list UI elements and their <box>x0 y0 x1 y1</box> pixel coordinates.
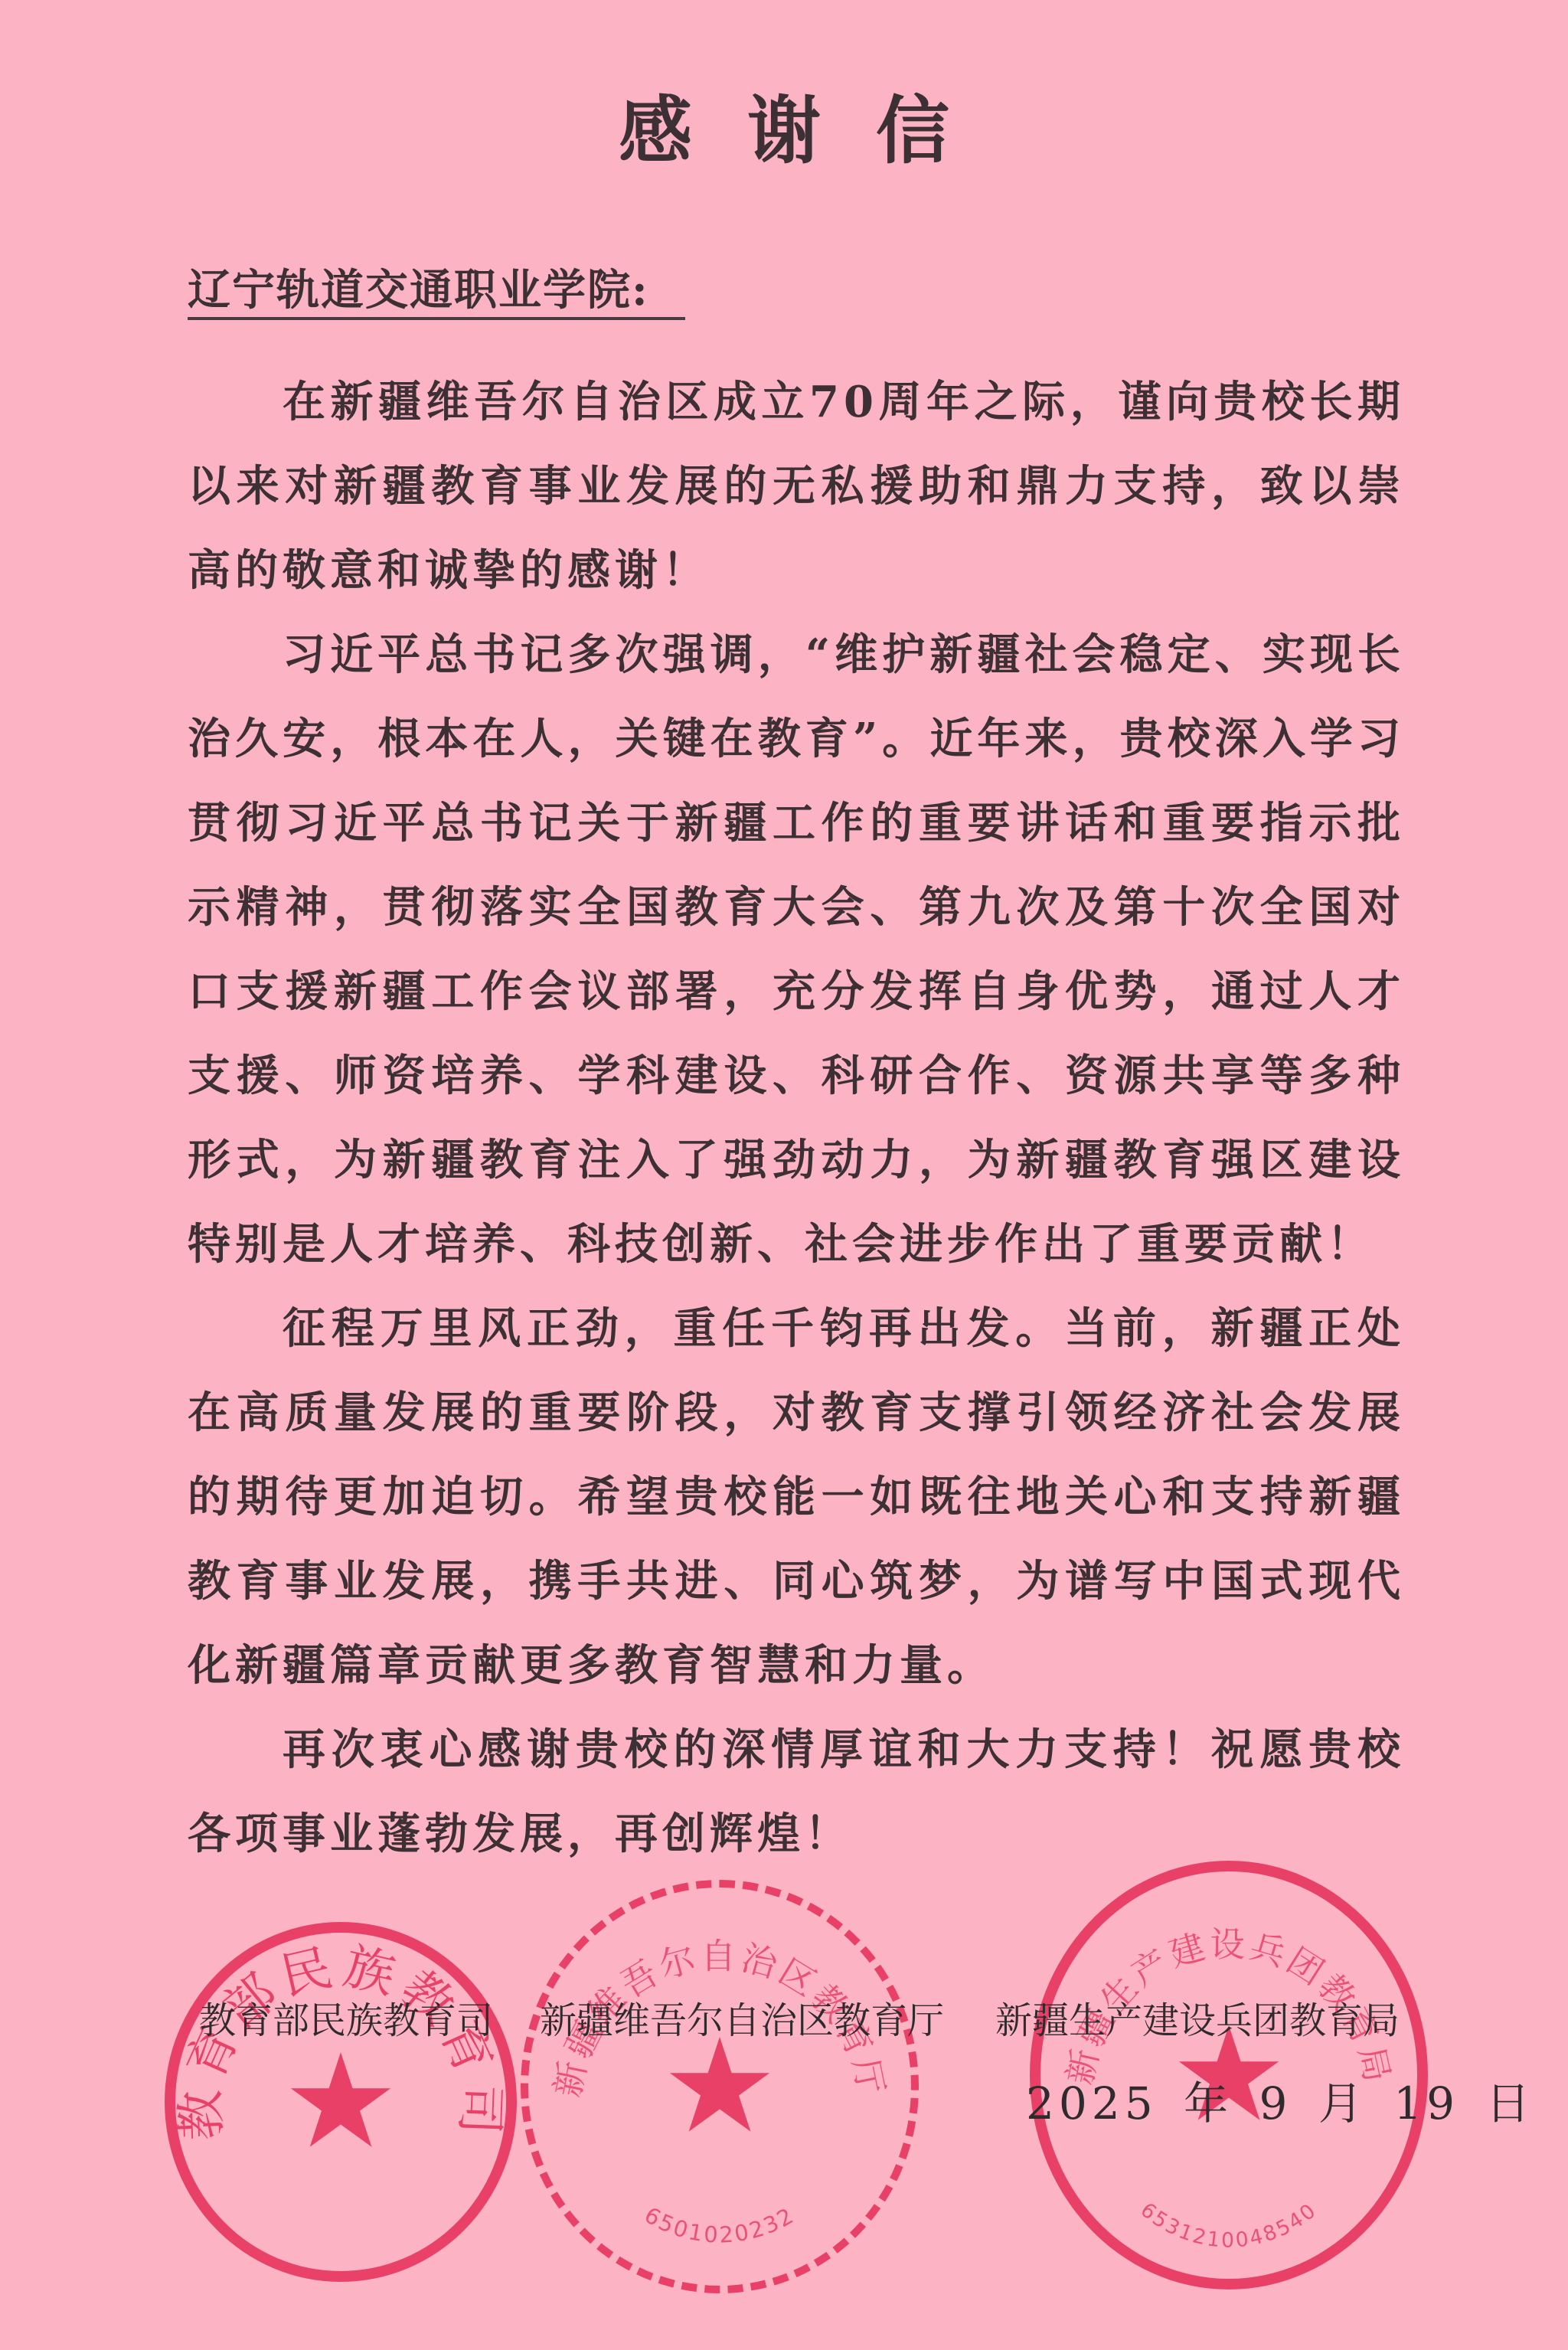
paragraph-1: 在新疆维吾尔自治区成立70周年之际，谨向贵校长期以来对新疆教育事业发展的无私援助… <box>188 360 1405 613</box>
salutation-underline <box>188 317 685 320</box>
paragraph-2: 习近平总书记多次强调，“维护新疆社会稳定、实现长治久安，根本在人，关键在教育”。… <box>188 613 1405 1286</box>
letter-body: 在新疆维吾尔自治区成立70周年之际，谨向贵校长期以来对新疆教育事业发展的无私援助… <box>188 360 1405 1876</box>
signatories: 教育部民族教育司 新疆维吾尔自治区教育厅 新疆生产建设兵团教育局 <box>188 1991 1413 2052</box>
official-seal-xinjiang-education-dept: 新疆维吾尔自治区教育厅 6501020232 ★ <box>521 1880 919 2293</box>
seal-star-icon: ★ <box>283 2037 399 2167</box>
letter-title: 感谢信 <box>0 73 1568 178</box>
svg-text:6531210048540: 6531210048540 <box>1136 2198 1322 2253</box>
svg-text:6501020232: 6501020232 <box>640 2201 799 2247</box>
signatory-ministry: 教育部民族教育司 <box>199 1991 493 2044</box>
official-seal-ministry: 教育部民族教育司 ★ <box>165 1922 517 2282</box>
signatory-xpcc-education-bureau: 新疆生产建设兵团教育局 <box>995 1991 1400 2044</box>
letter-date: 2025 年 9 月 19 日 <box>1026 2067 1535 2132</box>
paragraph-3: 征程万里风正劲，重任千钧再出发。当前，新疆正处在高质量发展的重要阶段，对教育支撑… <box>188 1286 1405 1708</box>
letter-page: 感谢信 辽宁轨道交通职业学院: 在新疆维吾尔自治区成立70周年之际，谨向贵校长期… <box>0 0 1568 2350</box>
signatory-xinjiang-education-dept: 新疆维吾尔自治区教育厅 <box>540 1991 944 2044</box>
paragraph-4: 再次衷心感谢贵校的深情厚谊和大力支持！祝愿贵校各项事业蓬勃发展，再创辉煌！ <box>188 1708 1405 1876</box>
recipient-salutation: 辽宁轨道交通职业学院: <box>188 257 649 318</box>
